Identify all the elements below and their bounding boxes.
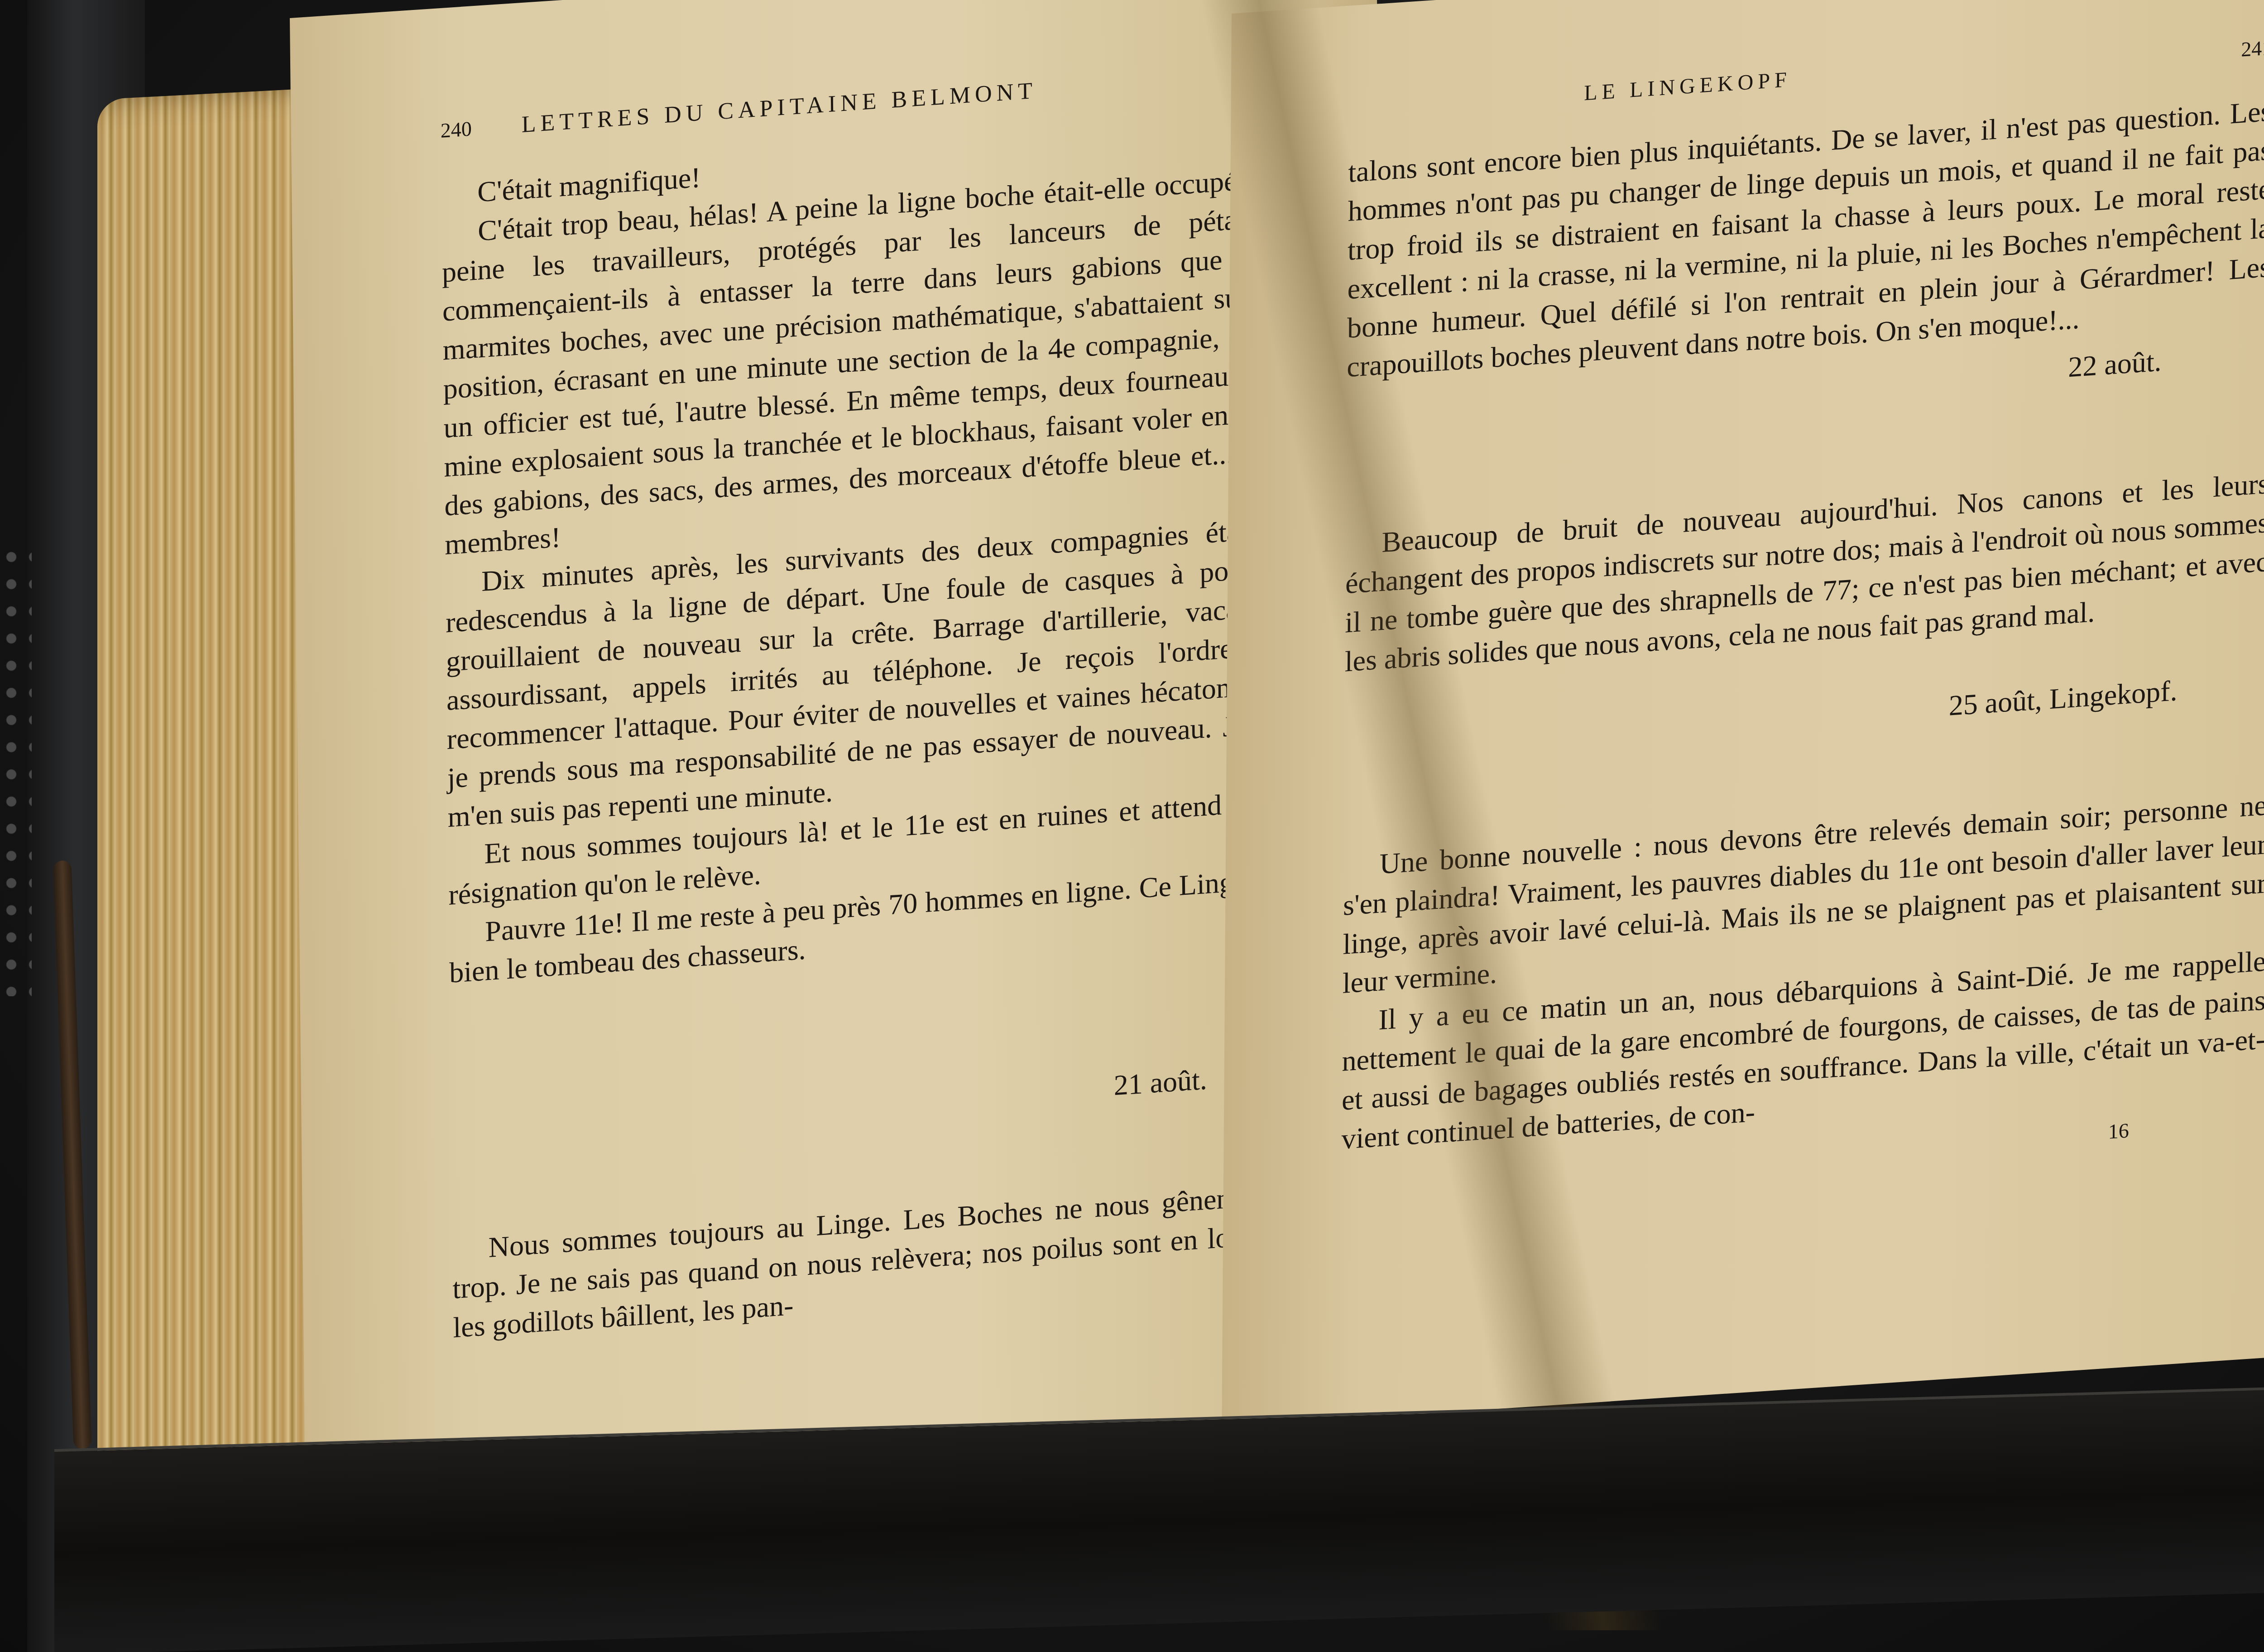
paragraph: Nous sommes toujours au Linge. Les Boche…: [452, 1175, 1291, 1348]
left-header-title: LETTRES DU CAPITAINE BELMONT: [521, 77, 1037, 139]
photo-scene: 240 LETTRES DU CAPITAINE BELMONT C'était…: [0, 0, 2264, 1652]
entry-date: 25 août, Lingekopf.: [1344, 665, 2264, 766]
left-page-number: 240: [441, 116, 472, 143]
paragraph: Beaucoup de bruit de nouveau aujourd'hui…: [1345, 464, 2264, 682]
paragraph: talons sont encore bien plus inquiétants…: [1347, 91, 2264, 387]
perforated-panel: [0, 543, 32, 996]
right-page-number: 241: [2241, 35, 2264, 62]
paragraph: Dix minutes après, les survivants des de…: [445, 509, 1285, 837]
right-header-title: LE LINGEKOPF: [1584, 67, 1791, 106]
paragraph: C'était trop beau, hélas! A peine la lig…: [441, 158, 1283, 564]
left-body-text: C'était magnifique! C'était trop beau, h…: [441, 120, 1291, 1347]
entry-date: 21 août.: [451, 1055, 1289, 1149]
